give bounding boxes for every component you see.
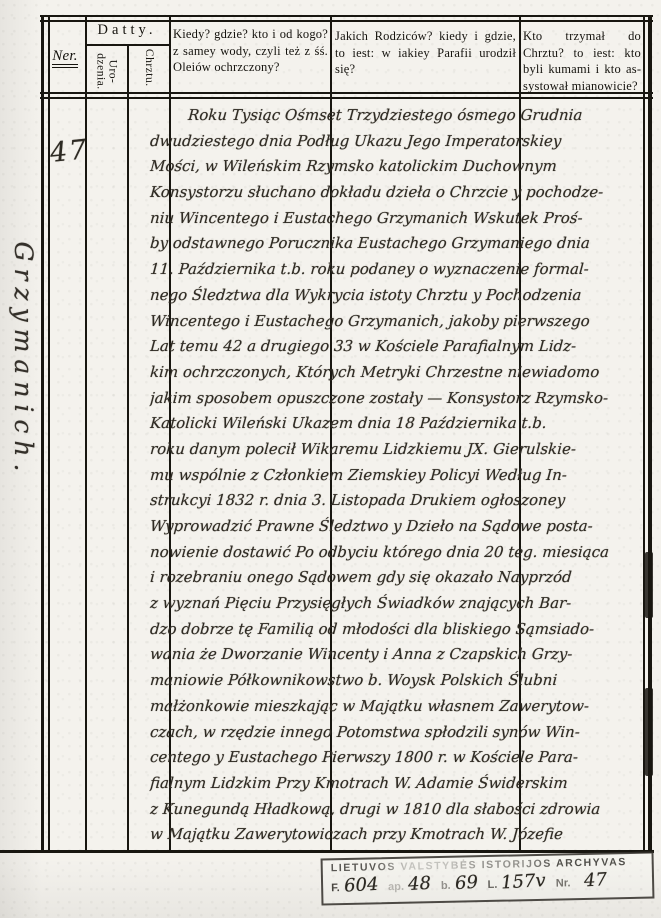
table-border-top bbox=[40, 15, 653, 22]
manuscript-line: roku danym polecił Wikaremu Lidzkiemu JX… bbox=[149, 437, 650, 463]
header-cell-baptism-question: Kiedy? gdzie? kto i od kogo? z samey wod… bbox=[173, 26, 328, 76]
header-cell-godparents-question: Kto trzymał do Chrztu? to iest: kto byli… bbox=[523, 28, 641, 94]
manuscript-line: centego y Eustachego Pierwszy 1800 r. w … bbox=[149, 745, 650, 771]
manuscript-line: by odstawnego Porucznika Eustachego Grzy… bbox=[149, 231, 650, 257]
manuscript-line: dwudziestego dnia Podług Ukazu Jego Impe… bbox=[149, 129, 650, 155]
archive-stamp: LIETUVOS VALSTYBĖS ISTORIJOS ARCHYVAS F.… bbox=[321, 852, 655, 906]
margin-surname-note: Grzymanich. bbox=[10, 164, 38, 556]
manuscript-line: kim ochrzczonych, Których Metryki Chrzes… bbox=[149, 360, 650, 386]
table-border-bottom bbox=[0, 850, 654, 853]
scanned-register-page: Ner. Datty. Uro- dzenia. Chrztu. Kiedy? … bbox=[0, 0, 661, 918]
header-cell-urodzenia: Uro- dzenia. bbox=[95, 44, 118, 100]
manuscript-line: czach, w rzędzie innego Potomstwa spłodz… bbox=[149, 720, 650, 746]
manuscript-line: nowienie dostawić Po odbyciu którego dni… bbox=[149, 540, 650, 566]
manuscript-line: Roku Tysiąc Ośmset Trzydziestego ósmego … bbox=[149, 103, 650, 129]
datty-label: Datty. bbox=[98, 22, 157, 38]
manuscript-line: nego Śledztwa dla Wykrycia istoty Chrztu… bbox=[149, 283, 650, 309]
manuscript-line: z Kunegundą Hładkową, drugi w 1810 dla s… bbox=[149, 797, 650, 823]
manuscript-line: i rozebraniu onego Sądowem gdy się okaza… bbox=[149, 565, 650, 591]
manuscript-line: niu Wincentego i Eustachego Grzymanich W… bbox=[149, 206, 650, 232]
stamp-field-l-value: 157v bbox=[501, 870, 547, 893]
header-cell-parents-question: Jakich Rodziców? kiedy i gdzie, to iest:… bbox=[335, 28, 516, 78]
stamp-field-nr-value: 47 bbox=[584, 869, 608, 891]
manuscript-line: Wyprowadzić Prawne Śledztwo y Dzieło na … bbox=[149, 514, 650, 540]
manuscript-text-block: Roku Tysiąc Ośmset Trzydziestego ósmego … bbox=[150, 103, 649, 848]
stamp-field-ap-label: ap. bbox=[388, 881, 404, 893]
manuscript-line: wania że Dworzanie Wincenty i Anna z Cza… bbox=[149, 642, 650, 668]
manuscript-line: dzo dobrze tę Familią od młodości dla bl… bbox=[149, 617, 650, 643]
entry-number: 47 bbox=[48, 134, 89, 169]
column-rule-urodzenia-chrztu bbox=[127, 45, 129, 851]
header-cell-chrztu: Chrztu. bbox=[142, 40, 154, 96]
stamp-field-f-label: F. bbox=[331, 882, 340, 894]
stamp-field-ap-value: 48 bbox=[407, 873, 431, 895]
manuscript-line: maniowie Półkownikowstwo b. Woysk Polski… bbox=[149, 668, 650, 694]
urodzenia-label-line2: dzenia. bbox=[95, 44, 107, 100]
manuscript-line: Wincentego i Eustachego Grzymanich, jako… bbox=[149, 309, 650, 335]
stamp-field-f-value: 604 bbox=[343, 874, 378, 897]
stamp-field-b-label: b. bbox=[441, 880, 451, 892]
stamp-field-l-label: L. bbox=[487, 879, 497, 891]
manuscript-line: Lat temu 42 a drugiego 33 w Kościele Par… bbox=[149, 334, 650, 360]
urodzenia-label-line1: Uro- bbox=[106, 44, 118, 100]
manuscript-line: 11. Października t.b. roku podaney o wyz… bbox=[149, 257, 650, 283]
manuscript-line: fialnym Lidzkim Przy Kmotrach W. Adamie … bbox=[149, 771, 650, 797]
header-cell-datty: Datty. bbox=[85, 22, 169, 39]
manuscript-line: mu wspólnie z Członkiem Ziemskiey Policy… bbox=[149, 463, 650, 489]
manuscript-line: Konsystorzu słuchano dokładu dzieła o Ch… bbox=[149, 180, 650, 206]
stamp-field-b-value: 69 bbox=[454, 872, 478, 894]
manuscript-line: jakim sposobem opuszczone zostały — Kons… bbox=[149, 386, 650, 412]
manuscript-line: małżonkowie mieszkając w Majątku własnem… bbox=[149, 694, 650, 720]
manuscript-line: strukcyi 1832 r. dnia 3. Listopada Druki… bbox=[149, 488, 650, 514]
manuscript-line: Mości, w Wileńskim Rzymsko katolickim Du… bbox=[149, 154, 650, 180]
manuscript-line: w Majątku Zawerytowiczach przy Kmotrach … bbox=[149, 822, 650, 848]
ner-label: Ner. bbox=[52, 48, 77, 68]
manuscript-line: z wyznań Pięciu Przysięgłych Świadków zn… bbox=[149, 591, 650, 617]
stamp-field-nr-label: Nr. bbox=[556, 877, 571, 889]
manuscript-line: Katolicki Wileński Ukazem dnia 18 Paździ… bbox=[149, 411, 650, 437]
chrztu-label: Chrztu. bbox=[143, 49, 155, 87]
header-cell-ner: Ner. bbox=[46, 48, 84, 65]
